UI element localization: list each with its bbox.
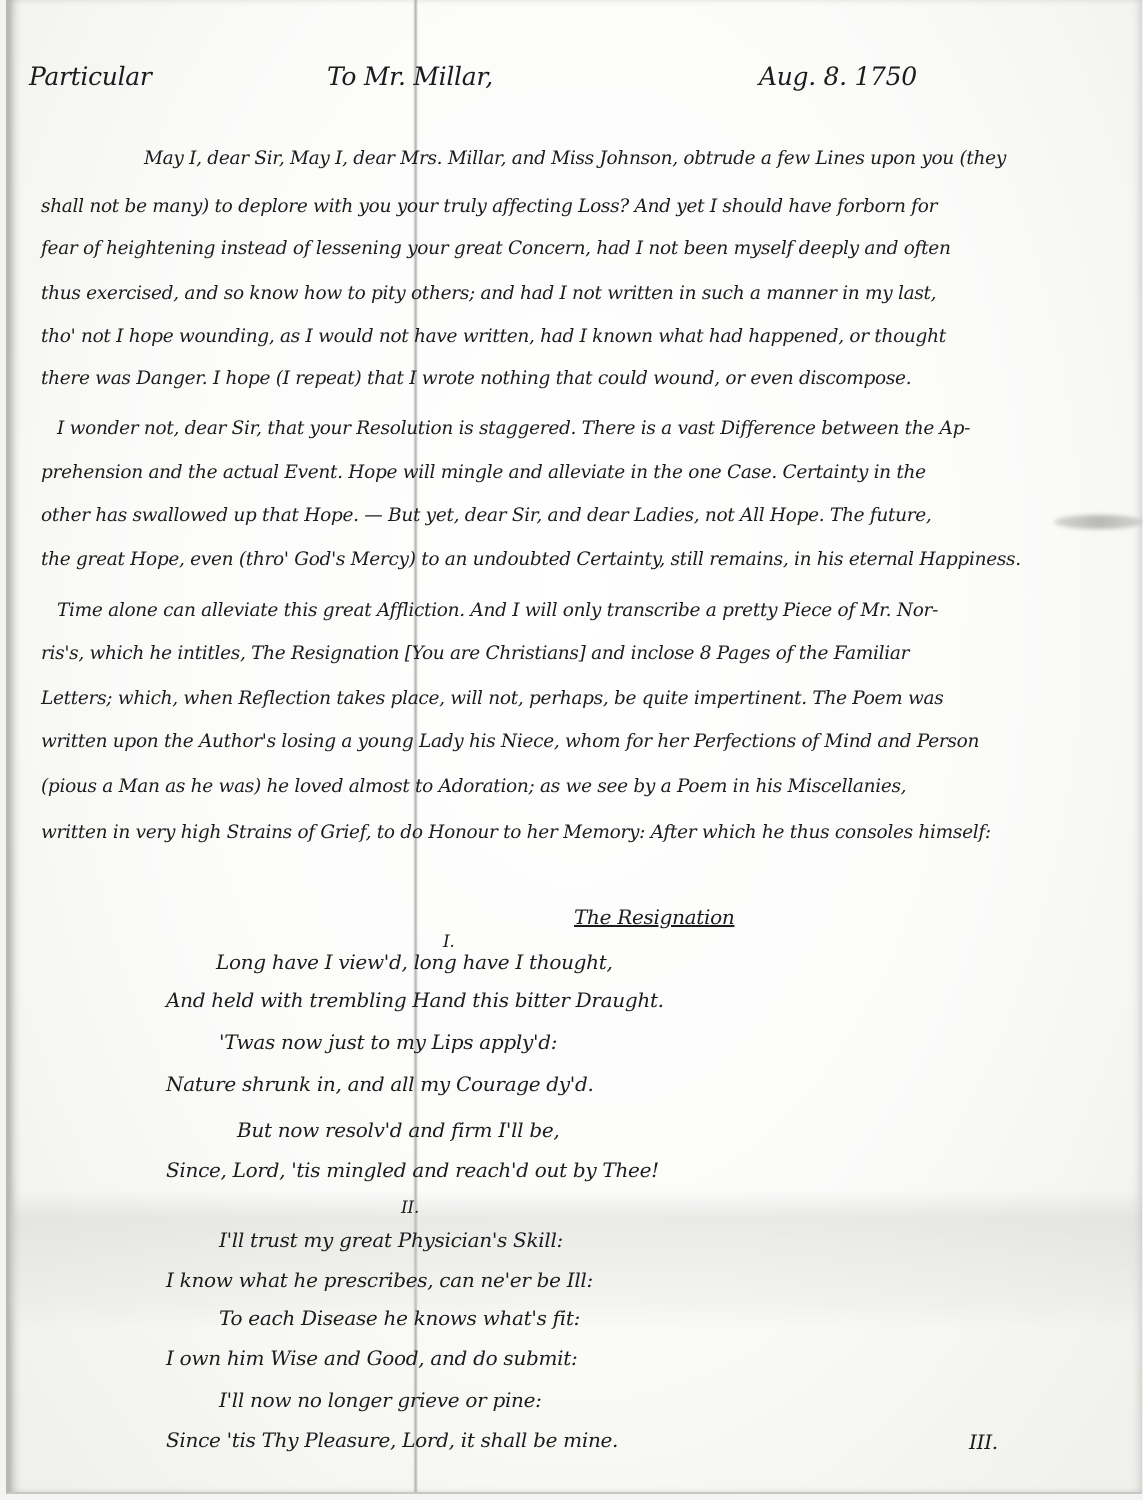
letter-line: other has swallowed up that Hope. — But … [41, 505, 932, 526]
poem-title: The Resignation [574, 905, 734, 929]
letter-line: ris's, which he intitles, The Resignatio… [41, 643, 909, 664]
poem-line: 'Twas now just to my Lips apply'd: [219, 1030, 557, 1054]
manuscript-page: Particular To Mr. Millar, Aug. 8. 1750 M… [6, 0, 1142, 1494]
ink-smudge [1054, 515, 1143, 529]
stanza-number: I. [443, 932, 455, 952]
poem-line: And held with trembling Hand this bitter… [166, 988, 664, 1012]
letter-line: Time alone can alleviate this great Affl… [57, 600, 938, 621]
letter-line: shall not be many) to deplore with you y… [41, 196, 937, 217]
letter-line: there was Danger. I hope (I repeat) that… [41, 368, 911, 389]
letter-line: I wonder not, dear Sir, that your Resolu… [57, 418, 970, 439]
header-particular: Particular [29, 62, 152, 91]
letter-line: Letters; which, when Reflection takes pl… [41, 688, 943, 709]
next-stanza-marker: III. [969, 1430, 998, 1454]
poem-line: I own him Wise and Good, and do submit: [166, 1346, 577, 1370]
letter-line: May I, dear Sir, May I, dear Mrs. Millar… [144, 148, 1006, 169]
letter-line: written in very high Strains of Grief, t… [41, 822, 991, 843]
letter-line: the great Hope, even (thro' God's Mercy)… [41, 549, 1021, 570]
letter-line: (pious a Man as he was) he loved almost … [41, 776, 906, 797]
poem-line: But now resolv'd and firm I'll be, [237, 1118, 559, 1142]
letter-line: tho' not I hope wounding, as I would not… [41, 326, 946, 347]
poem-line: I'll now no longer grieve or pine: [219, 1388, 542, 1412]
poem-line: Long have I view'd, long have I thought, [216, 950, 613, 974]
letter-line: prehension and the actual Event. Hope wi… [41, 462, 926, 483]
header-addressee: To Mr. Millar, [327, 62, 493, 91]
poem-line: Since 'tis Thy Pleasure, Lord, it shall … [166, 1428, 618, 1452]
header-date: Aug. 8. 1750 [759, 62, 917, 91]
poem-line: I'll trust my great Physician's Skill: [219, 1228, 563, 1252]
letter-line: fear of heightening instead of lessening… [41, 238, 951, 259]
stanza-number: II. [401, 1198, 419, 1218]
poem-line: Since, Lord, 'tis mingled and reach'd ou… [166, 1158, 659, 1182]
letter-line: thus exercised, and so know how to pity … [41, 283, 936, 304]
poem-line: I know what he prescribes, can ne'er be … [166, 1268, 593, 1292]
poem-line: To each Disease he knows what's fit: [219, 1306, 580, 1330]
letter-line: written upon the Author's losing a young… [41, 731, 979, 752]
poem-line: Nature shrunk in, and all my Courage dy'… [166, 1072, 594, 1096]
